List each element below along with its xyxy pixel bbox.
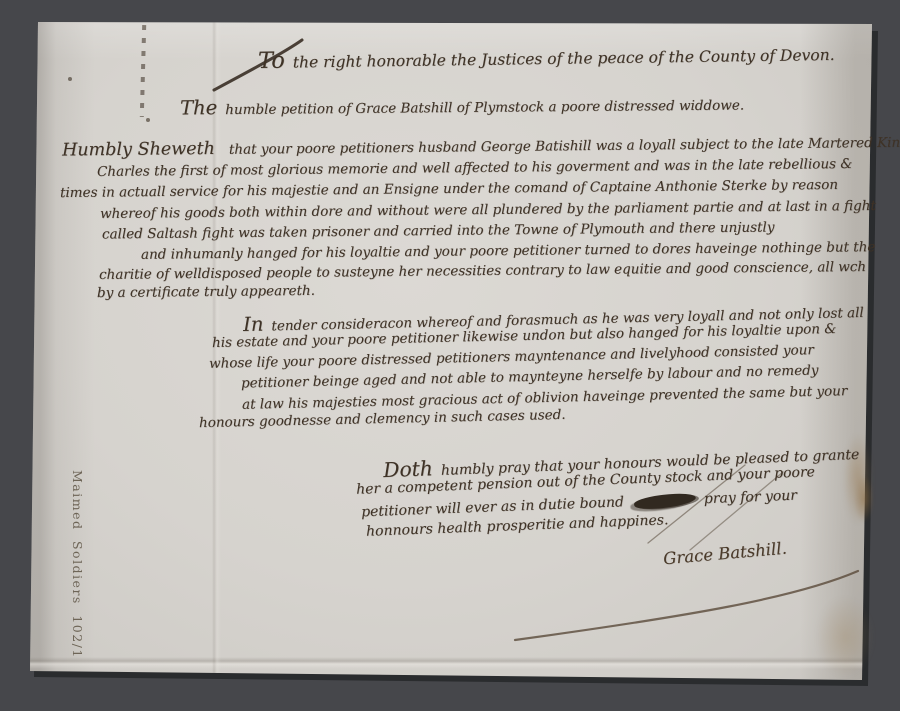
archival-reference: Maimed Soldiers 102/1 (70, 470, 85, 659)
body-line: by a certificate truly appeareth. (97, 283, 315, 301)
salutation-initial: The (180, 96, 217, 119)
stain (851, 468, 877, 530)
salutation-text: humble petition of Grace Batshill of Ply… (225, 98, 744, 119)
body-opening: Humbly Sheweth (62, 139, 215, 161)
consideration-initial: In (243, 313, 264, 336)
ink-speck (68, 77, 72, 81)
petition-salutation: Thehumble petition of Grace Batshill of … (180, 92, 744, 120)
document-photo: Tothe right honorable the Justices of th… (0, 0, 900, 711)
stain (806, 583, 884, 691)
ink-speck (146, 118, 150, 122)
heading-initial: To (258, 48, 285, 74)
